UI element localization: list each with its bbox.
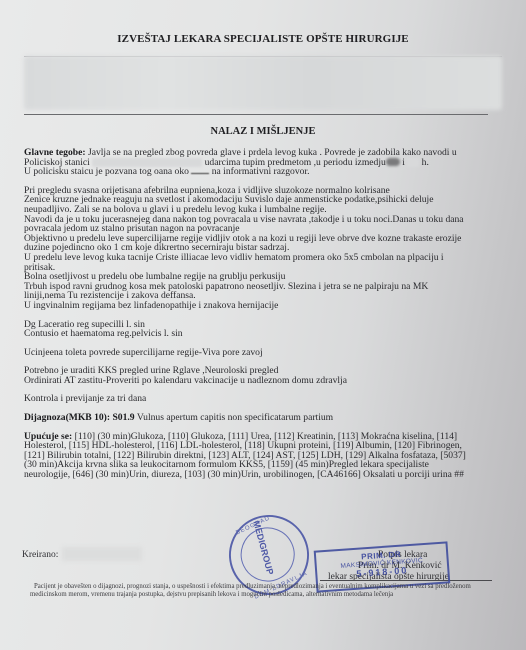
recommendation-line: Ordinirati AT zastitu-Proveriti po kalen… <box>24 376 490 386</box>
created-label: Kreirano: <box>22 550 58 560</box>
complaints-line-3: U policisku staicu je pozvana tog oana o… <box>24 167 490 177</box>
exam-line: U ingvinalnim regijama bez linfadenopath… <box>24 301 490 311</box>
redacted-location <box>92 158 202 167</box>
dg-line: Contusio et haematoma reg.pelvicis l. si… <box>24 329 490 339</box>
exam-line: U predelu leve levog kuka tacnije Criste… <box>24 253 490 263</box>
redacted-created-value <box>62 547 142 561</box>
treatment-line: Ucinjeena toleta povrede supercilijarne … <box>24 348 490 358</box>
medical-report-page: IZVEŠTAJ LEKARA SPECIJALISTE OPŠTE HIRUR… <box>0 0 526 650</box>
redacted-header-block <box>24 56 502 110</box>
report-body: Glavne tegobe: Javlja se na pregled zbog… <box>24 148 490 480</box>
redacted-time-end <box>407 158 419 167</box>
diagnosis-label: Dijagnoza(MKB 10): S01.9 <box>24 412 135 423</box>
consent-notice: Pacijent je obavešten o dijagnozi, progn… <box>30 583 480 600</box>
report-title: IZVEŠTAJ LEKARA SPECIJALISTE OPŠTE HIRUR… <box>0 33 526 45</box>
section-title: NALAZ I MIŠLJENJE <box>0 126 526 137</box>
redacted-time <box>191 167 209 174</box>
header-divider-bottom <box>24 114 488 115</box>
control-line: Kontrola i previjanje za tri dana <box>24 394 490 404</box>
diagnosis-line: Dijagnoza(MKB 10): S01.9 Vulnus apertum … <box>24 413 490 423</box>
referral-line: neurologije, [646] (30 min)Urin, diureza… <box>24 470 490 480</box>
redacted-time-start <box>386 158 400 166</box>
